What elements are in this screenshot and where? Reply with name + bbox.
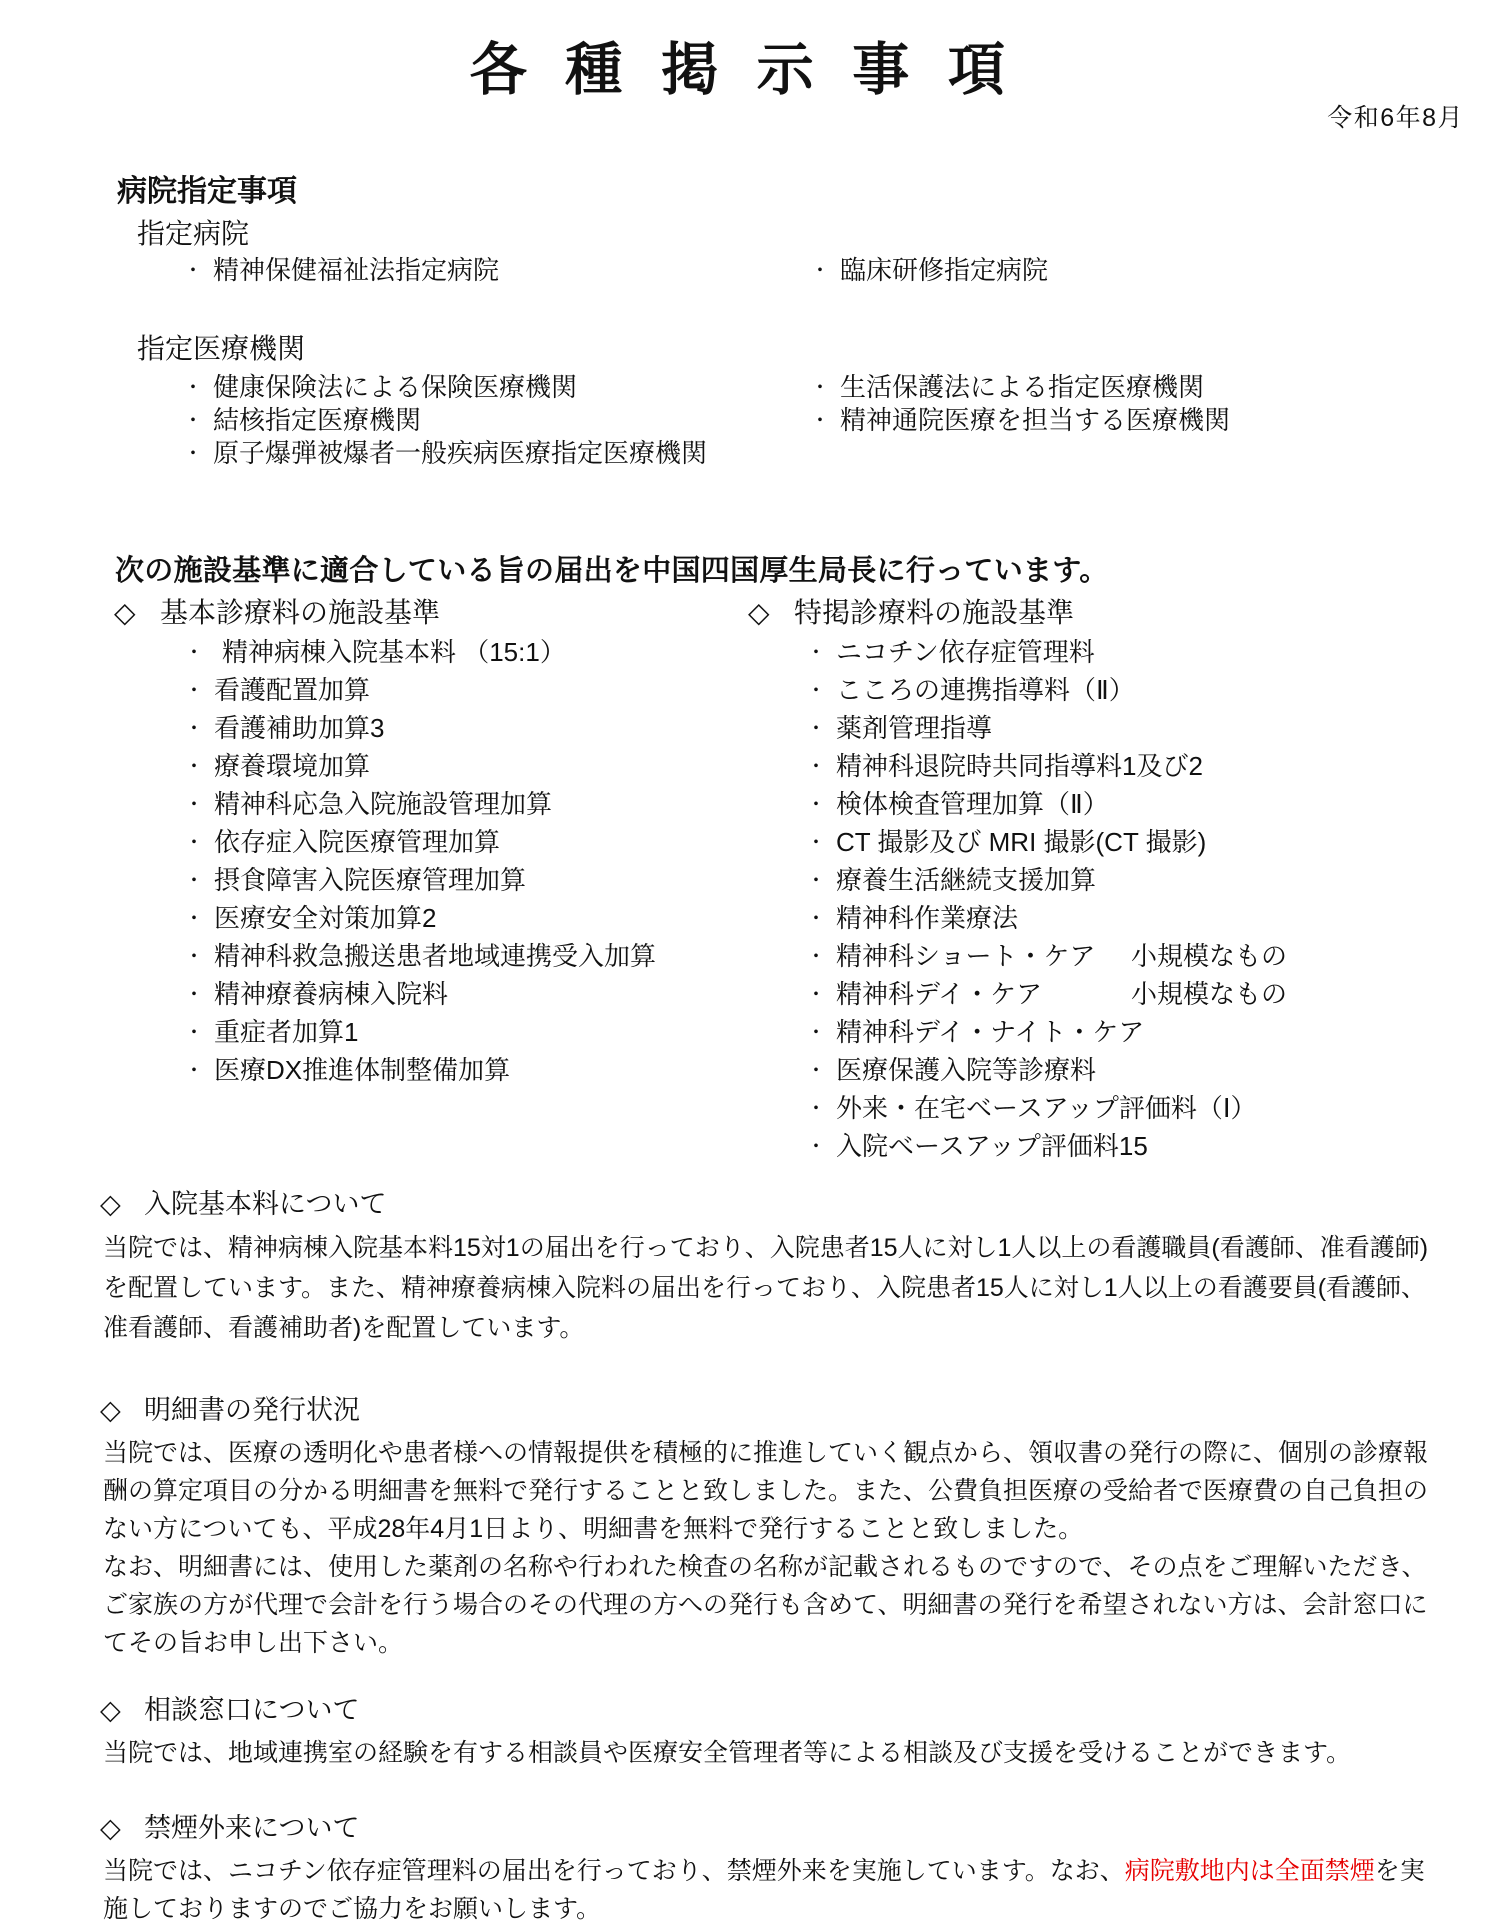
list-item: ・臨床研修指定病院 <box>810 254 1048 288</box>
column-special-medical-fees: ◇特掲診療料の施設基準 ・ニコチン依存症管理料・こころの連携指導料（Ⅱ）・薬剤管… <box>748 598 1448 1166</box>
list-item-label: 精神療養病棟入院料 <box>214 979 448 1009</box>
bullet-icon: ・ <box>806 863 836 900</box>
list-item: ・精神科救急搬送患者地域連携受入加算 <box>114 938 814 976</box>
list-item-label: 精神保健福祉法指定病院 <box>213 255 499 285</box>
document-date: 令和6年8月 <box>1327 98 1464 134</box>
pair-row: ・原子爆弾被爆者一般疾病医療指定医療機関 <box>0 437 1486 470</box>
designated-hospital-list: ・精神保健福祉法指定病院・臨床研修指定病院 <box>0 254 1486 287</box>
list-item-label: 依存症入院医療管理加算 <box>214 827 500 857</box>
list-item: ・健康保険法による保険医療機関 <box>183 371 577 405</box>
note-heading-label: 明細書の発行状況 <box>144 1395 360 1425</box>
pair-row: ・健康保険法による保険医療機関・生活保護法による指定医療機関 <box>0 371 1486 404</box>
list-item-label: ニコチン依存症管理料 <box>836 637 1095 667</box>
list-item: ・精神科作業療法 <box>748 900 1448 938</box>
list-item: ・看護補助加算3 <box>114 710 814 748</box>
list-item: ・薬剤管理指導 <box>748 710 1448 748</box>
bullet-icon: ・ <box>184 787 214 824</box>
list-item: ・精神科ショート・ケア小規模なもの <box>748 938 1448 976</box>
bullet-icon: ・ <box>183 372 213 405</box>
list-item: ・看護配置加算 <box>114 672 814 710</box>
note-inpatient-basic-fee: ◇入院基本料について 当院では、精神病棟入院基本料15対1の届出を行っており、入… <box>100 1186 1445 1348</box>
sub-label-designated-medical-institution: 指定医療機関 <box>137 333 305 365</box>
bullet-icon: ・ <box>184 673 214 710</box>
page-title: 各 種 掲 示 事 項 <box>0 24 1486 106</box>
bullet-icon: ・ <box>810 255 840 288</box>
bullet-icon: ・ <box>184 901 214 938</box>
bullet-icon: ・ <box>806 673 836 710</box>
list-item-label: 精神科デイ・ケア <box>836 976 1131 1013</box>
bullet-icon: ・ <box>806 711 836 748</box>
diamond-icon: ◇ <box>748 598 794 628</box>
bullet-icon: ・ <box>806 825 836 862</box>
bullet-icon: ・ <box>810 405 840 438</box>
note-itemized-statement: ◇明細書の発行状況 当院では、医療の透明化や患者様への情報提供を積極的に推進して… <box>100 1392 1445 1662</box>
list-item: ・療養環境加算 <box>114 748 814 786</box>
note-consultation-desk: ◇相談窓口について 当院では、地域連携室の経験を有する相談員や医療安全管理者等に… <box>100 1692 1445 1772</box>
list-item-label: 精神科作業療法 <box>836 903 1018 933</box>
list-item-label: 摂食障害入院医療管理加算 <box>214 865 526 895</box>
note-heading-label: 入院基本料について <box>144 1189 386 1219</box>
sub-label-designated-hospital: 指定病院 <box>137 218 249 250</box>
list-item: ・外来・在宅ベースアップ評価料（Ⅰ） <box>748 1090 1448 1128</box>
bullet-icon: ・ <box>183 438 213 471</box>
list-item-label: 生活保護法による指定医療機関 <box>840 372 1204 402</box>
no-smoking-highlight: 病院敷地内は全面禁煙 <box>1125 1857 1375 1885</box>
bullet-icon: ・ <box>806 635 836 672</box>
note-paragraph-part: なお、明細書には、使用した薬剤の名称や行われた検査の名称が記載されるものですので… <box>103 1553 1428 1657</box>
bullet-icon: ・ <box>806 1053 836 1090</box>
note-paragraph: 当院では、医療の透明化や患者様への情報提供を積極的に推進していく観点から、領収書… <box>103 1434 1445 1662</box>
list-item-label: 検体検査管理加算（Ⅱ） <box>836 789 1109 819</box>
bullet-icon: ・ <box>184 939 214 976</box>
list-item-label: 医療保護入院等診療料 <box>836 1055 1096 1085</box>
list-item: ・療養生活継続支援加算 <box>748 862 1448 900</box>
list-item-label: こころの連携指導料（Ⅱ） <box>836 675 1135 705</box>
list-item: ・精神病棟入院基本料 （15:1） <box>114 634 814 672</box>
bullet-icon: ・ <box>806 1091 836 1128</box>
note-heading: ◇禁煙外来について <box>100 1810 1445 1846</box>
column-label: 基本診療料の施設基準 <box>160 597 440 628</box>
bullet-icon: ・ <box>184 749 214 786</box>
list-item-label: 精神科救急搬送患者地域連携受入加算 <box>214 941 656 971</box>
list-item: ・精神科退院時共同指導料1及び2 <box>748 748 1448 786</box>
bullet-icon: ・ <box>806 749 836 786</box>
bullet-icon: ・ <box>806 977 836 1014</box>
list-item-label: 医療DX推進体制整備加算 <box>214 1055 510 1085</box>
diamond-icon: ◇ <box>100 1186 144 1222</box>
list-item-label: 精神科ショート・ケア <box>836 938 1131 975</box>
note-smoking-cessation: ◇禁煙外来について 当院では、ニコチン依存症管理料の届出を行っており、禁煙外来を… <box>100 1810 1445 1920</box>
pair-row: ・結核指定医療機関・精神通院医療を担当する医療機関 <box>0 404 1486 437</box>
list-item: ・ニコチン依存症管理料 <box>748 634 1448 672</box>
bullet-icon: ・ <box>806 939 836 976</box>
bullet-icon: ・ <box>806 787 836 824</box>
list-item: ・重症者加算1 <box>114 1014 814 1052</box>
pair-row: ・精神保健福祉法指定病院・臨床研修指定病院 <box>0 254 1486 287</box>
diamond-icon: ◇ <box>100 1392 144 1428</box>
bullet-icon: ・ <box>184 863 214 900</box>
list-item-label: 原子爆弾被爆者一般疾病医療指定医療機関 <box>213 438 707 468</box>
list-item-label: 外来・在宅ベースアップ評価料（Ⅰ） <box>836 1093 1257 1123</box>
list-item-label: 精神科デイ・ナイト・ケア <box>836 1017 1144 1047</box>
list-item-label: 療養環境加算 <box>214 751 370 781</box>
list-item-label: 結核指定医療機関 <box>213 405 421 435</box>
column-label: 特掲診療料の施設基準 <box>794 597 1074 628</box>
list-item: ・精神科デイ・ケア小規模なもの <box>748 976 1448 1014</box>
list-item: ・こころの連携指導料（Ⅱ） <box>748 672 1448 710</box>
diamond-icon: ◇ <box>100 1810 144 1846</box>
list-item: ・医療安全対策加算2 <box>114 900 814 938</box>
list-item-label: 精神科応急入院施設管理加算 <box>214 789 552 819</box>
diamond-icon: ◇ <box>100 1692 144 1728</box>
bullet-icon: ・ <box>810 372 840 405</box>
bullet-icon: ・ <box>184 1053 214 1090</box>
note-heading: ◇相談窓口について <box>100 1692 1445 1728</box>
note-paragraph: 当院では、精神病棟入院基本料15対1の届出を行っており、入院患者15人に対し1人… <box>103 1228 1445 1348</box>
list-item: ・結核指定医療機関 <box>183 404 421 438</box>
list-item: ・医療DX推進体制整備加算 <box>114 1052 814 1090</box>
list-item-note: 小規模なもの <box>1131 979 1287 1009</box>
list-item-label: 精神病棟入院基本料 （15:1） <box>222 637 566 667</box>
note-paragraph: 当院では、地域連携室の経験を有する相談員や医療安全管理者等による相談及び支援を受… <box>103 1734 1445 1772</box>
bullet-icon: ・ <box>184 1015 214 1052</box>
list-item-label: 重症者加算1 <box>214 1017 358 1047</box>
note-heading-label: 相談窓口について <box>144 1695 359 1725</box>
note-paragraph: 当院では、ニコチン依存症管理料の届出を行っており、禁煙外来を実施しています。なお… <box>103 1852 1445 1920</box>
list-item-label: 精神科退院時共同指導料1及び2 <box>836 751 1203 781</box>
note-heading: ◇明細書の発行状況 <box>100 1392 1445 1428</box>
diamond-icon: ◇ <box>114 598 160 628</box>
bullet-icon: ・ <box>184 977 214 1014</box>
designated-medical-institution-list: ・健康保険法による保険医療機関・生活保護法による指定医療機関・結核指定医療機関・… <box>0 371 1486 470</box>
list-item: ・検体検査管理加算（Ⅱ） <box>748 786 1448 824</box>
list-item: ・医療保護入院等診療料 <box>748 1052 1448 1090</box>
note-heading-label: 禁煙外来について <box>144 1813 359 1843</box>
bullet-icon: ・ <box>184 635 214 672</box>
list-item: ・精神科デイ・ナイト・ケア <box>748 1014 1448 1052</box>
list-item: ・精神通院医療を担当する医療機関 <box>810 404 1230 438</box>
special-fee-items: ・ニコチン依存症管理料・こころの連携指導料（Ⅱ）・薬剤管理指導・精神科退院時共同… <box>748 634 1448 1166</box>
list-item-label: 看護配置加算 <box>214 675 370 705</box>
bullet-icon: ・ <box>184 711 214 748</box>
note-heading: ◇入院基本料について <box>100 1186 1445 1222</box>
column-heading-special: ◇特掲診療料の施設基準 <box>748 598 1448 628</box>
list-item-label: 健康保険法による保険医療機関 <box>213 372 577 402</box>
list-item-note: 小規模なもの <box>1131 941 1287 971</box>
notice-document: 各 種 掲 示 事 項 令和6年8月 病院指定事項 指定病院 ・精神保健福祉法指… <box>0 0 1486 1920</box>
bullet-icon: ・ <box>184 825 214 862</box>
list-item-label: 精神通院医療を担当する医療機関 <box>840 405 1230 435</box>
bullet-icon: ・ <box>806 1129 836 1166</box>
bullet-icon: ・ <box>806 901 836 938</box>
column-heading-basic: ◇基本診療料の施設基準 <box>114 598 814 628</box>
note-text-before: 当院では、ニコチン依存症管理料の届出を行っており、禁煙外来を実施しています。なお… <box>103 1857 1125 1885</box>
bullet-icon: ・ <box>806 1015 836 1052</box>
list-item-label: 入院ベースアップ評価料15 <box>836 1131 1148 1161</box>
bullet-icon: ・ <box>183 255 213 288</box>
list-item: ・原子爆弾被爆者一般疾病医療指定医療機関 <box>183 437 707 471</box>
column-basic-medical-fees: ◇基本診療料の施設基準 ・精神病棟入院基本料 （15:1）・看護配置加算・看護補… <box>114 598 814 1090</box>
bullet-icon: ・ <box>183 405 213 438</box>
list-item-label: 薬剤管理指導 <box>836 713 992 743</box>
list-item-label: 臨床研修指定病院 <box>840 255 1048 285</box>
list-item: ・生活保護法による指定医療機関 <box>810 371 1204 405</box>
list-item: ・CT 撮影及び MRI 撮影(CT 撮影) <box>748 824 1448 862</box>
section-heading-hospital-designation: 病院指定事項 <box>117 174 297 210</box>
list-item-label: 療養生活継続支援加算 <box>836 865 1096 895</box>
basic-fee-items: ・精神病棟入院基本料 （15:1）・看護配置加算・看護補助加算3・療養環境加算・… <box>114 634 814 1090</box>
list-item: ・精神科応急入院施設管理加算 <box>114 786 814 824</box>
section-heading-facility-standards: 次の施設基準に適合している旨の届出を中国四国厚生局長に行っています。 <box>115 554 1109 588</box>
list-item-label: 医療安全対策加算2 <box>214 903 436 933</box>
list-item: ・摂食障害入院医療管理加算 <box>114 862 814 900</box>
note-paragraph-part: 当院では、医療の透明化や患者様への情報提供を積極的に推進していく観点から、領収書… <box>103 1439 1428 1543</box>
list-item: ・入院ベースアップ評価料15 <box>748 1128 1448 1166</box>
list-item: ・依存症入院医療管理加算 <box>114 824 814 862</box>
list-item-label: CT 撮影及び MRI 撮影(CT 撮影) <box>836 827 1206 857</box>
list-item-label: 看護補助加算3 <box>214 713 384 743</box>
list-item: ・精神保健福祉法指定病院 <box>183 254 499 288</box>
list-item: ・精神療養病棟入院料 <box>114 976 814 1014</box>
